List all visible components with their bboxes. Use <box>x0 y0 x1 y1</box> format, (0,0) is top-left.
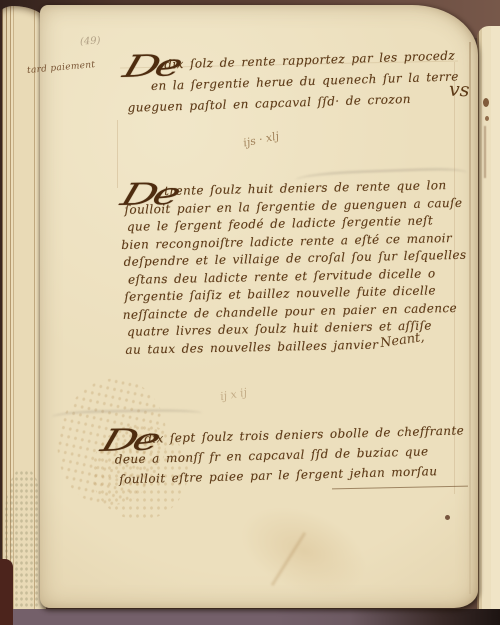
ink-spot <box>445 515 450 520</box>
page-stain-spot <box>485 116 489 121</box>
decorated-initial: De <box>117 177 181 213</box>
manuscript-photo: (49) tard paiement De dix ſolz de rente … <box>0 0 500 625</box>
page-stain-streak <box>484 126 486 178</box>
decorated-initial: De <box>119 48 183 85</box>
page-crease <box>469 42 471 594</box>
paragraph-3: De dix ſept ſoulz trois deniers obolle d… <box>98 420 465 490</box>
right-margin-mark: vs <box>449 79 470 102</box>
folio-number: (49) <box>80 35 101 47</box>
next-page-edge <box>477 26 500 612</box>
book-binding-bottom <box>0 609 500 625</box>
binding-corner <box>0 559 13 625</box>
paragraph-1: De dix ſolz de rente rapportez par les p… <box>120 45 460 119</box>
decorated-initial: De <box>97 422 161 459</box>
page-stain-spot <box>483 98 489 107</box>
ruling-line-left <box>117 120 118 188</box>
